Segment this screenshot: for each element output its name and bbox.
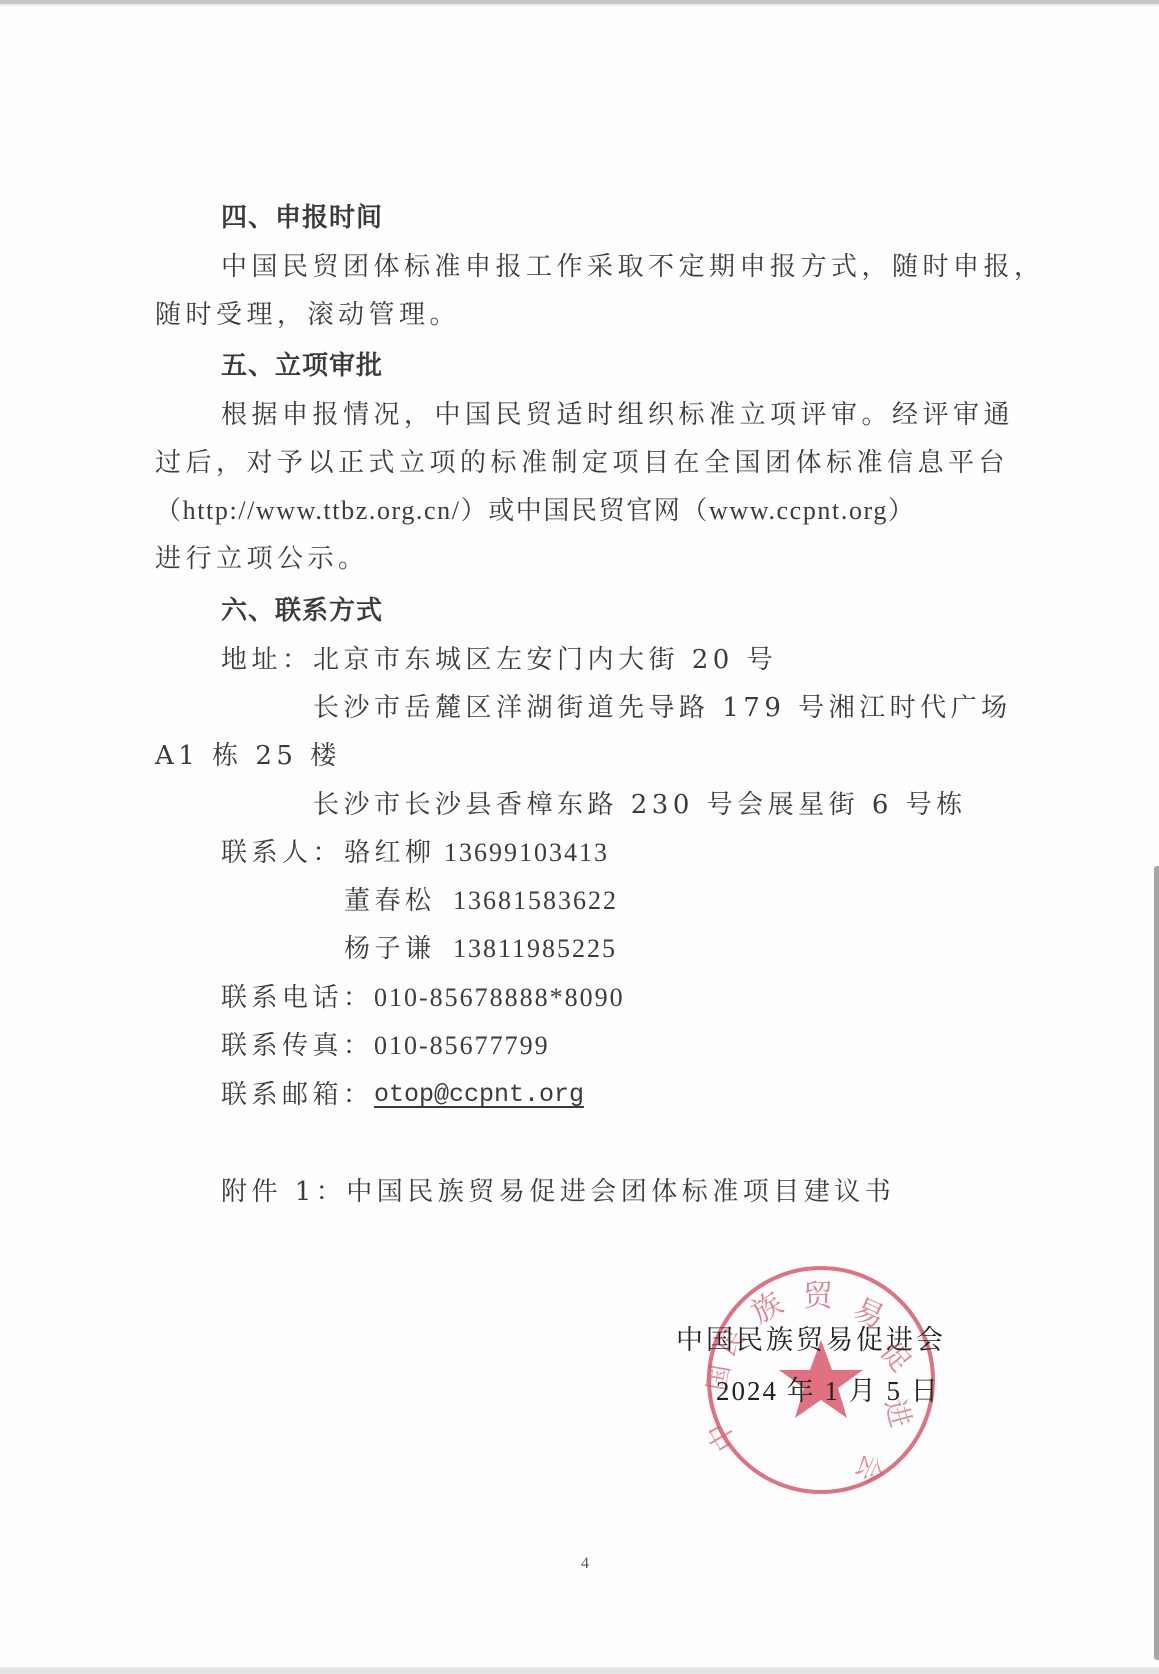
signature-date: 2024 年 1 月 5 日 — [716, 1374, 940, 1408]
svg-text:中: 中 — [703, 1416, 743, 1457]
phone-label: 联系电话： — [221, 981, 374, 1015]
contact-name: 杨子谦 — [344, 932, 436, 966]
attachment-line: 附件 1：中国民族贸易促进会团体标准项目建议书 — [221, 1175, 895, 1209]
section-heading-4: 四、申报时间 — [221, 201, 383, 235]
fax-value: 010-85677799 — [374, 1029, 550, 1063]
paragraph-line-urls: （http://www.ttbz.org.cn/）或中国民贸官网（www.ccp… — [155, 494, 916, 528]
vertical-scrollbar[interactable] — [1154, 866, 1159, 1660]
contact-label: 联系人： — [221, 836, 343, 870]
contact-phone: 13681583622 — [453, 884, 618, 918]
phone-value: 010-85678888*8090 — [374, 981, 625, 1015]
signature-organization: 中国民族贸易促进会 — [676, 1324, 946, 1358]
paragraph-line: 进行立项公示。 — [155, 542, 369, 576]
address-line: 长沙市长沙县香樟东路 230 号会展星街 6 号栋 — [313, 788, 967, 822]
svg-text:会: 会 — [849, 1449, 891, 1488]
fax-label: 联系传真： — [221, 1029, 374, 1063]
address-line: A1 栋 25 楼 — [155, 739, 341, 773]
address-line: 北京市东城区左安门内大街 20 号 — [313, 643, 777, 677]
paragraph-line: 随时受理，滚动管理。 — [155, 298, 460, 332]
page-number: 4 — [581, 1555, 589, 1573]
address-line: 长沙市岳麓区洋湖街道先导路 179 号湘江时代广场 — [313, 691, 1012, 725]
paragraph-line: 根据申报情况，中国民贸适时组织标准立项评审。经评审通 — [221, 398, 1014, 432]
section-heading-6: 六、联系方式 — [221, 594, 383, 628]
email-label: 联系邮箱： — [221, 1078, 374, 1112]
window-top-shadow — [0, 4, 1159, 6]
paragraph-line: 过后，对予以正式立项的标准制定项目在全国团体标准信息平台 — [155, 446, 1009, 480]
address-label: 地址： — [221, 643, 313, 677]
contact-phone: 13699103413 — [444, 836, 609, 870]
svg-text:贸: 贸 — [803, 1279, 834, 1314]
contact-name: 骆红柳 — [344, 836, 436, 870]
contact-name: 董春松 — [344, 884, 436, 918]
paragraph-line: 中国民贸团体标准申报工作采取不定期申报方式，随时申报， — [221, 250, 1045, 284]
window-bottom-edge — [0, 1667, 1159, 1674]
email-link[interactable]: otop@ccpnt.org — [374, 1078, 584, 1112]
section-heading-5: 五、立项审批 — [221, 349, 383, 383]
contact-phone: 13811985225 — [453, 932, 617, 966]
